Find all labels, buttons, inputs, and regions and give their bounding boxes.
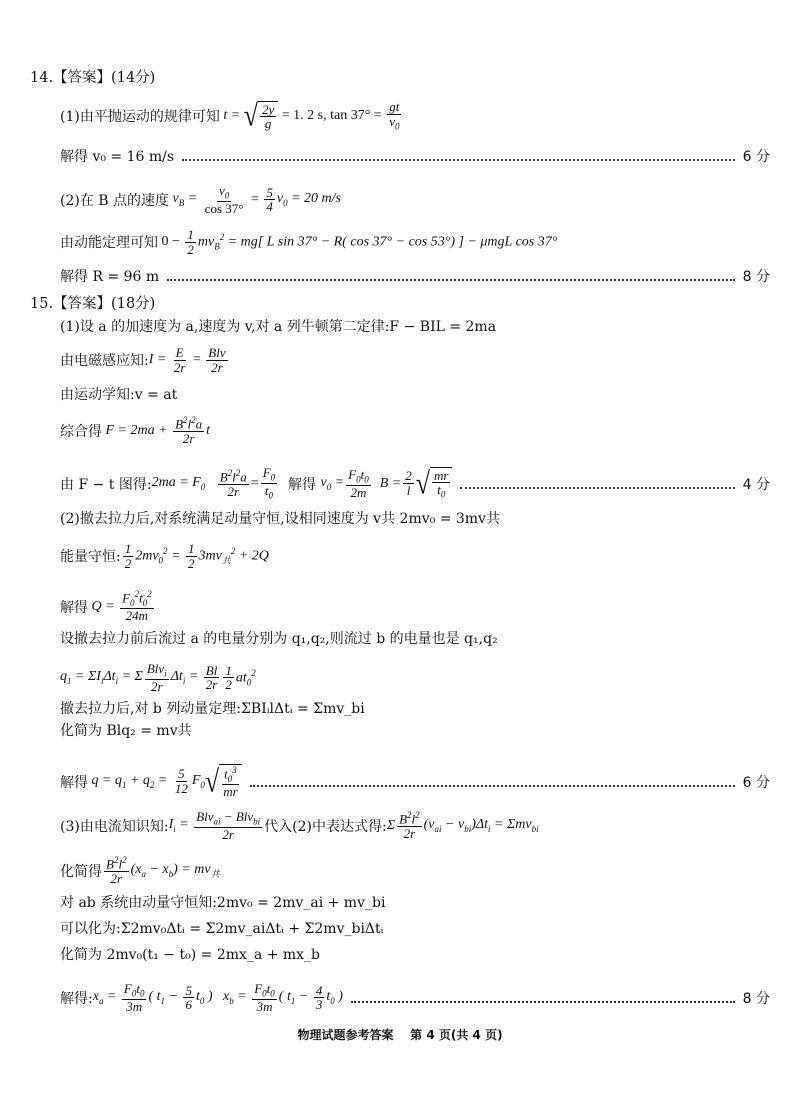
leader-dots [182,159,735,161]
q14-part2-result: 解得 R = 96 m8 分 [60,266,770,286]
q15-line19: 解得: xa = F0t03m ( t1 − 56 t0 ) xb = F0t0… [60,982,770,1014]
footer-title: 物理试题参考答案 [297,1028,393,1042]
q14-part1-result: 解得 v₀ = 16 m/s6 分 [60,146,770,166]
q15-line1: (1)设 a 的加速度为 a,速度为 v,对 a 列牛顿第二定律:F − BIL… [60,316,770,336]
q15-line8: 解得 Q = F02t0224m [60,590,770,623]
q15-line16: 对 ab 系统由动量守恒知:2mv₀ = 2mv_ai + mv_bi [60,892,770,912]
q15-line17: 可以化为:Σ2mv₀Δtᵢ = Σ2mv_aiΔtᵢ + Σ2mv_biΔtᵢ [60,918,770,938]
q15-line9: 设撤去拉力前后流过 a 的电量分别为 q₁,q₂,则流过 b 的电量也是 q₁,… [60,628,770,648]
q15-line3: 由运动学知:v = at [60,384,770,404]
footer-page-number: 第 4 页(共 4 页) [410,1028,502,1042]
q14-part2: (2)在 B 点的速度 vB = v0cos 37° = 54 v0 = 20 … [60,184,770,216]
page-footer: 物理试题参考答案 第 4 页(共 4 页) [0,1026,800,1043]
q14-part1: (1)由平抛运动的规律可知 t = √2yg = 1. 2 s, tan 37°… [60,100,770,132]
q14-energy: 由动能定理可知 0 − 12 mvB2 = mg[ L sin 37° − R(… [60,228,770,256]
q15-line11: 撤去拉力后,对 b 列动量定理:ΣBIᵢlΔtᵢ = Σmv_bi [60,698,770,718]
q15-line7: 能量守恒: 12 2mv02 = 12 3mv共2 + 2Q [60,542,770,570]
q15-header: 15.【答案】(18分) [30,292,770,313]
q15-line6: (2)撤去拉力后,对系统满足动量守恒,设相同速度为 v共 2mv₀ = 3mv共 [60,508,770,528]
q15-line13: 解得 q = q1 + q2 = 512 F0 √t03mr 6 分 [60,764,770,799]
q15-line10: q1 = ΣIiΔti = Σ Blvi2r Δti = Bl2r 12 at0… [60,662,770,694]
q15-line15: 化简得 B2l22r (xa − xb) = mv共 [60,856,770,886]
q15-line5: 由 F − t 图得: 2ma = F0 B2l2a2r = F0t0 解得 v… [60,466,770,501]
q15-line2: 由电磁感应知: I = E2r = Blv2r [60,346,770,374]
q15-line4: 综合得 F = 2ma + B2l2a2r t [60,416,770,446]
q15-line14: (3)由电流知识知: Ii = Blvai − Blvbi2r 代入(2)中表达… [60,810,770,842]
q14-part1-equation: t = [220,108,244,124]
q15-line12: 化简为 Blq₂ = mv共 [60,720,770,740]
q14-header: 14.【答案】(14分) [30,66,770,87]
q15-line18: 化简为 2mv₀(t₁ − t₀) = 2mx_a + mx_b [60,944,770,964]
